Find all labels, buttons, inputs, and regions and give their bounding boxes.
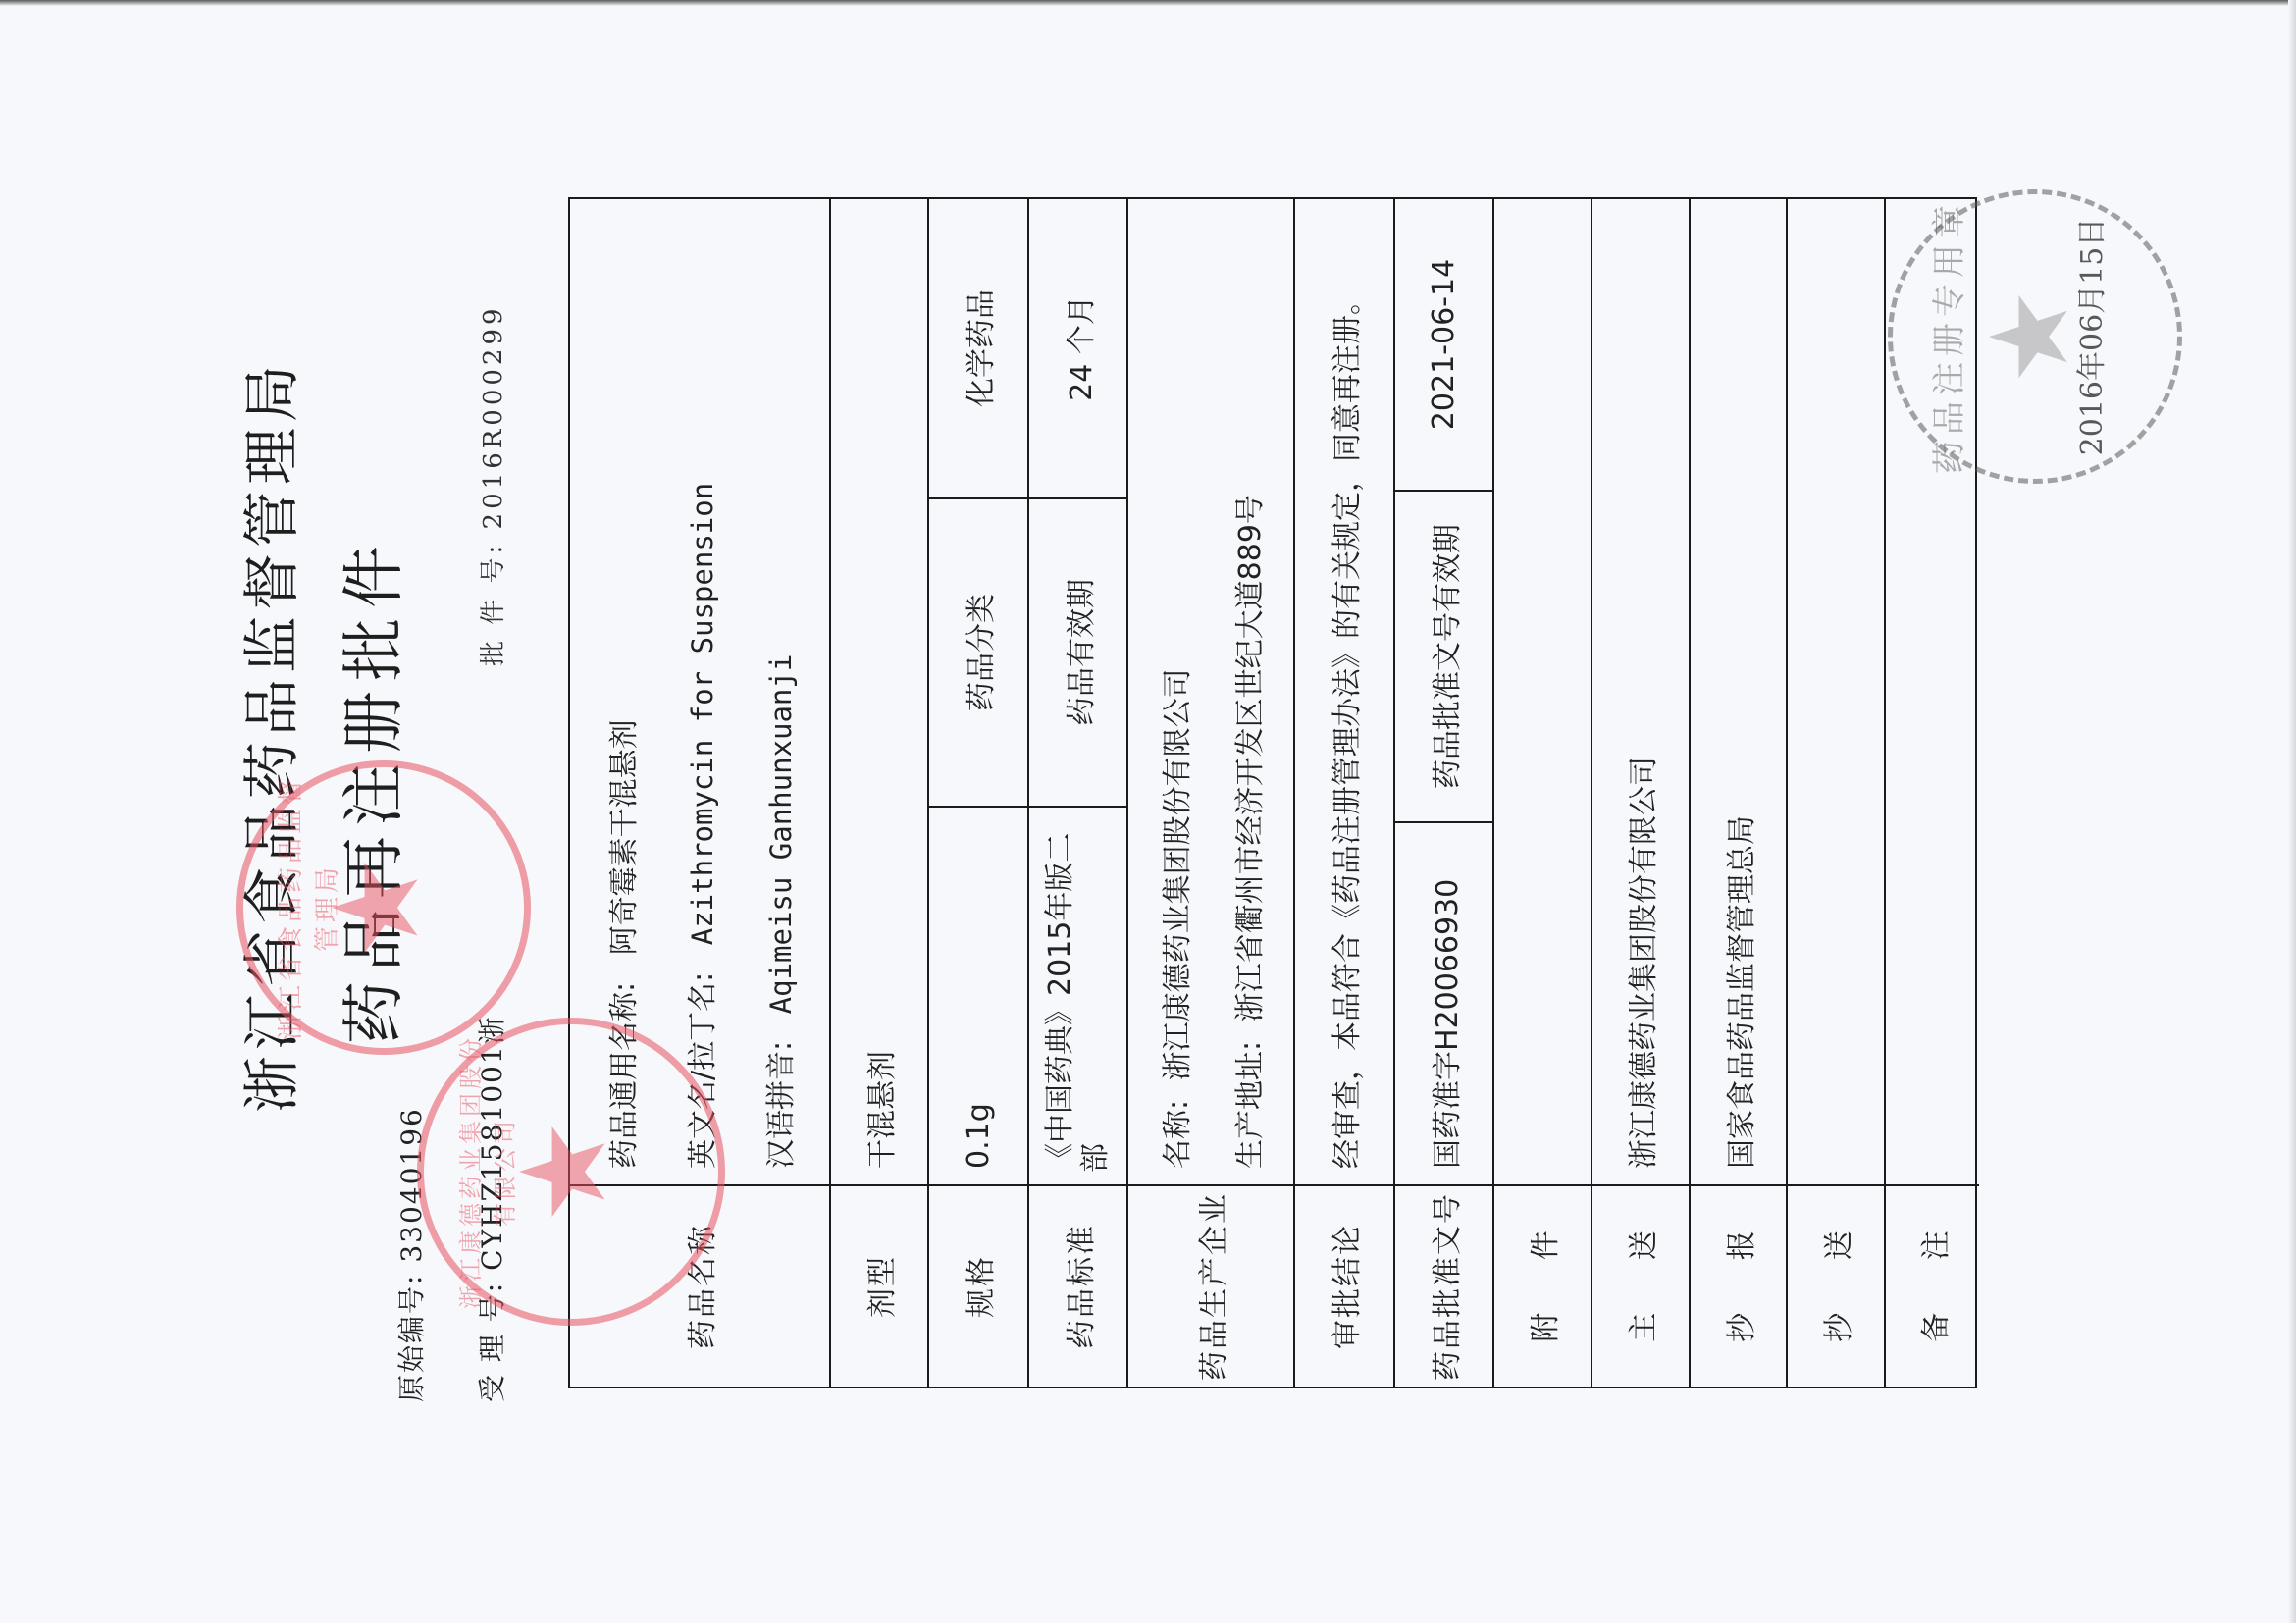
agency-seal: 浙江省食品药品监督管理局 ★ [236, 760, 531, 1055]
table-row-main-recipient: 主 送 浙江康德药业集团股份有限公司 [1591, 199, 1689, 1387]
table-row-copy-to: 抄 送 [1786, 199, 1884, 1387]
row-value: 干混悬剂 [831, 199, 927, 1184]
row-value: 经审查，本品符合《药品注册管理办法》的有关规定，同意再注册。 [1295, 199, 1393, 1184]
row-label: 规格 [929, 1184, 1027, 1387]
row-label: 抄 报 [1691, 1184, 1786, 1387]
approval-number-value: 国药准字H20066930 [1395, 823, 1492, 1184]
row-label: 附 件 [1494, 1184, 1591, 1387]
english-name: 英文名/拉丁名: Azithromycin for Suspension [678, 483, 721, 1169]
table-row-standard: 药品标准 《中国药典》2015年版二部 药品有效期 24 个月 [1027, 199, 1126, 1387]
row-label: 剂型 [831, 1184, 927, 1387]
manufacturer-name: 名称: 浙江康德药业集团股份有限公司 [1153, 668, 1196, 1169]
category-label: 药品分类 [929, 499, 1027, 808]
row-value [1788, 199, 1884, 1184]
specification-value: 0.1g [929, 808, 1027, 1184]
table-row-approval-number: 药品批准文号 国药准字H20066930 药品批准文号有效期 2021-06-1… [1393, 199, 1492, 1387]
row-value [1494, 199, 1591, 1184]
row-label: 抄 送 [1788, 1184, 1884, 1387]
seal-date: 2016年06月15日 [2067, 194, 2111, 479]
table-row-attachment: 附 件 [1492, 199, 1591, 1387]
row-value: 浙江康德药业集团股份有限公司 [1592, 199, 1689, 1184]
validity-label: 药品有效期 [1029, 499, 1126, 808]
star-icon: ★ [319, 855, 437, 961]
validity-value: 24 个月 [1029, 199, 1126, 499]
table-row-conclusion: 审批结论 经审查，本品符合《药品注册管理办法》的有关规定，同意再注册。 [1293, 199, 1393, 1387]
standard-value: 《中国药典》2015年版二部 [1029, 808, 1126, 1184]
batch-number: 批 件 号: 2016R000299 [473, 304, 509, 666]
approval-table: 药品名称 药品通用名称: 阿奇霉素干混悬剂 英文名/拉丁名: Azithromy… [568, 197, 1977, 1388]
table-row-dosage-form: 剂型 干混悬剂 [829, 199, 927, 1387]
approval-document-page: 浙江省食品药品监督管理局 药品再注册批件 批 件 号: 2016R000299 … [0, 0, 2296, 1623]
official-dated-seal: 药品注册专用章 ★ 2016年06月15日 [1888, 189, 2182, 484]
star-icon: ★ [506, 1119, 624, 1225]
row-value: 国家食品药品监督管理总局 [1691, 199, 1786, 1184]
approval-validity-value: 2021-06-14 [1395, 199, 1492, 492]
batch-number-label: 批 件 号: [479, 542, 508, 666]
row-label: 审批结论 [1295, 1184, 1393, 1387]
row-value: 名称: 浙江康德药业集团股份有限公司 生产地址: 浙江省衢州市经济开发区世纪大道… [1128, 199, 1293, 1184]
row-label: 药品批准文号 [1395, 1184, 1492, 1387]
original-number-label: 原始编号: [395, 1274, 428, 1402]
row-label: 备 注 [1886, 1184, 1979, 1387]
company-seal: 浙江康德药业集团股份有限公司 ★ [417, 1018, 725, 1326]
row-label: 药品生产企业 [1128, 1184, 1293, 1387]
manufacturer-address: 生产地址: 浙江省衢州市经济开发区世纪大道889号 [1226, 495, 1269, 1169]
pinyin-name: 汉语拼音: Aqimeisu Ganhunxuanji [757, 654, 800, 1169]
table-row-report-to: 抄 报 国家食品药品监督管理总局 [1689, 199, 1786, 1387]
seal-text: 药品注册专用章 [1922, 194, 1970, 479]
category-value: 化学药品 [929, 199, 1027, 499]
batch-number-value: 2016R000299 [479, 304, 508, 529]
table-row-specification: 规格 0.1g 药品分类 化学药品 [927, 199, 1027, 1387]
approval-validity-label: 药品批准文号有效期 [1395, 492, 1492, 823]
row-label: 药品标准 [1029, 1184, 1126, 1387]
table-row-manufacturer: 药品生产企业 名称: 浙江康德药业集团股份有限公司 生产地址: 浙江省衢州市经济… [1126, 199, 1293, 1387]
row-label: 主 送 [1592, 1184, 1689, 1387]
